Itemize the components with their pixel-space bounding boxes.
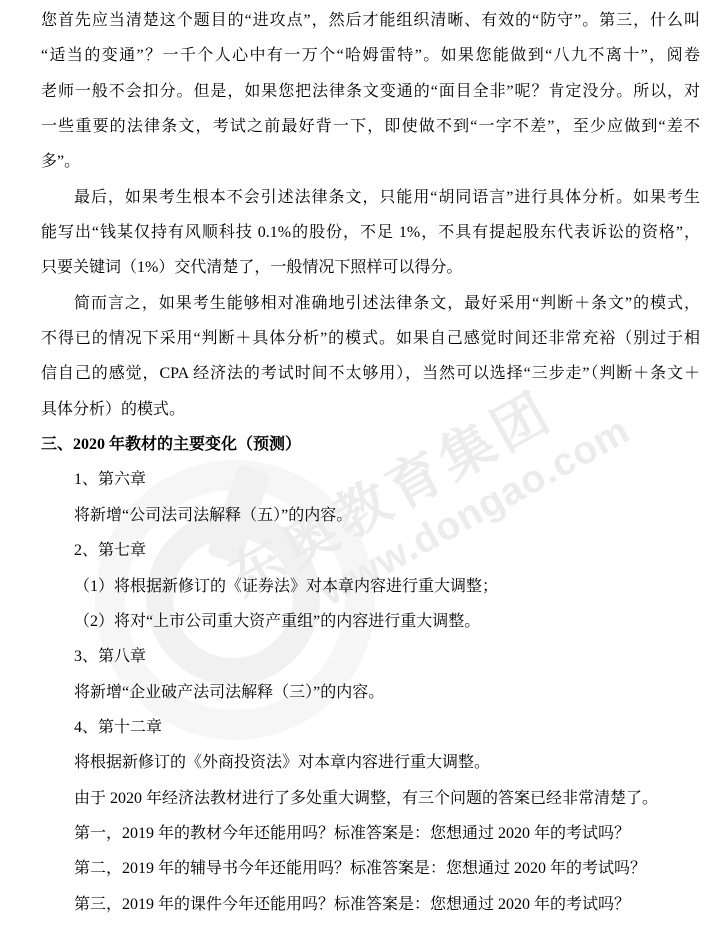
text-line: 信自己的感觉，CPA 经济法的考试时间不太够用），当然可以选择“三步走”（判断＋… [41, 356, 700, 391]
text-line: 只要关键词（1%）交代清楚了，一般情况下照样可以得分。 [41, 250, 700, 285]
text-line: 由于 2020 年经济法教材进行了多处重大调整，有三个问题的答案已经非常清楚了。 [41, 781, 700, 816]
text-line: 简而言之，如果考生能够相对准确地引述法律条文，最好采用“判断＋条文”的模式， [41, 286, 700, 321]
text-line: （1）将根据新修订的《证券法》对本章内容进行重大调整； [41, 569, 700, 604]
text-line: 1、第六章 [41, 462, 700, 497]
text-line: 将新增“公司法司法解释（五）”的内容。 [41, 498, 700, 533]
text-line: （2）将对“上市公司重大资产重组”的内容进行重大调整。 [41, 604, 700, 639]
text-line: 具体分析）的模式。 [41, 392, 700, 427]
text-line: “适当的变通”？一千个人心中有一万个“哈姆雷特”。如果您能做到“八九不离十”，阅… [41, 38, 700, 73]
text-line: 3、第八章 [41, 639, 700, 674]
document-body: 您首先应当清楚这个题目的“进攻点”，然后才能组织清晰、有效的“防守”。第三，什么… [41, 3, 700, 922]
text-line: 一些重要的法律条文，考试之前最好背一下，即使做不到“一字不差”，至少应做到“差不 [41, 109, 700, 144]
text-line: 多”。 [41, 144, 700, 179]
text-line: 第二，2019 年的辅导书今年还能用吗？标准答案是：您想通过 2020 年的考试… [41, 851, 700, 886]
text-line: 将新增“企业破产法司法解释（三）”的内容。 [41, 675, 700, 710]
text-line: 您首先应当清楚这个题目的“进攻点”，然后才能组织清晰、有效的“防守”。第三，什么… [41, 3, 700, 38]
section-heading: 三、2020 年教材的主要变化（预测） [41, 427, 700, 462]
text-line: 能写出“钱某仅持有风顺科技 0.1%的股份，不足 1%，不具有提起股东代表诉讼的… [41, 215, 700, 250]
text-line: 4、第十二章 [41, 710, 700, 745]
text-line: 第一，2019 年的教材今年还能用吗？标准答案是：您想通过 2020 年的考试吗… [41, 816, 700, 851]
text-line: 最后，如果考生根本不会引述法律条文，只能用“胡同语言”进行具体分析。如果考生 [41, 180, 700, 215]
text-line: 2、第七章 [41, 533, 700, 568]
text-line: 将根据新修订的《外商投资法》对本章内容进行重大调整。 [41, 745, 700, 780]
text-line: 不得已的情况下采用“判断＋具体分析”的模式。如果自己感觉时间还非常充裕（别过于相 [41, 321, 700, 356]
text-line: 老师一般不会扣分。但是，如果您把法律条文变通的“面目全非”呢？肯定没分。所以，对 [41, 74, 700, 109]
document-page: { "page": { "background": "#ffffff", "te… [0, 0, 720, 929]
text-line: 第三，2019 年的课件今年还能用吗？标准答案是：您想通过 2020 年的考试吗… [41, 887, 700, 922]
